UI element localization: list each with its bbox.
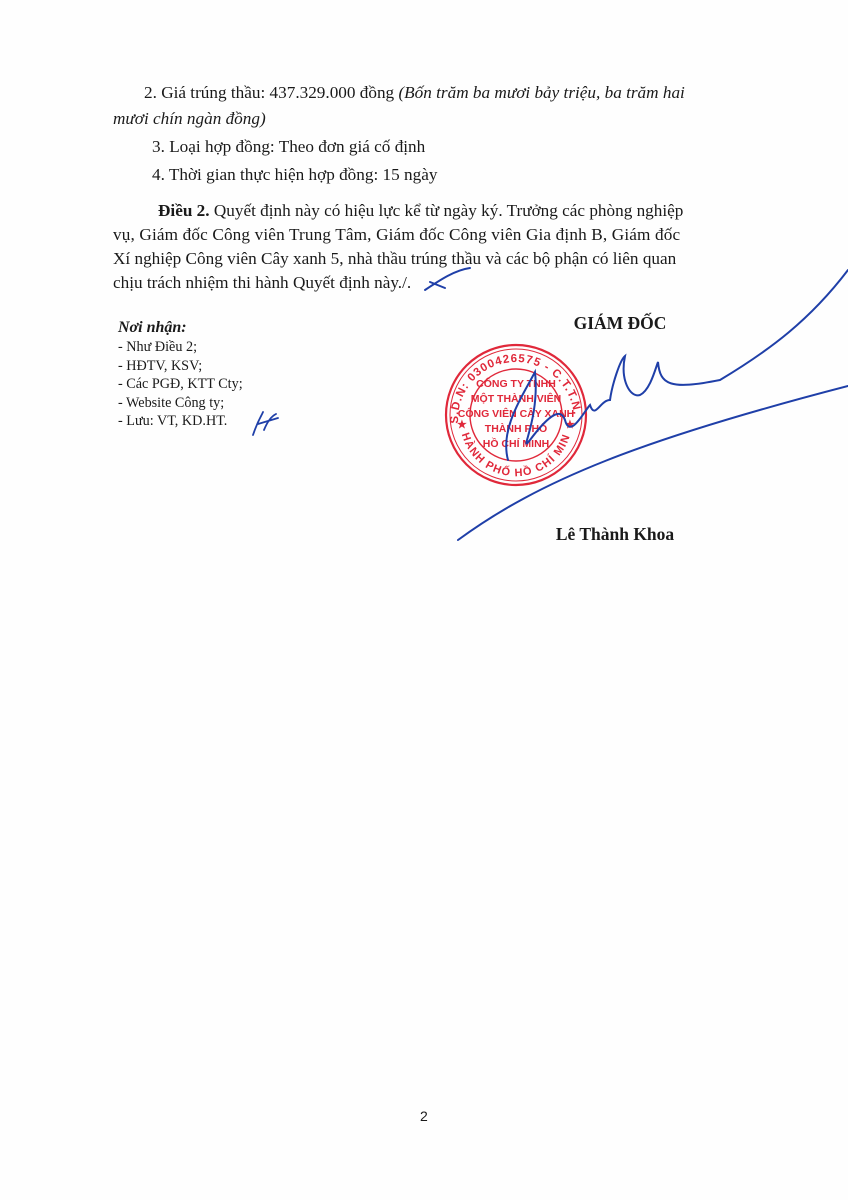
article-2-line-1: Điều 2. Quyết định này có hiệu lực kể từ… bbox=[158, 198, 683, 224]
document-page: 2. Giá trúng thầu: 437.329.000 đồng (Bốn… bbox=[0, 0, 848, 1200]
recipients-block: Nơi nhận: - Như Điều 2; - HĐTV, KSV; - C… bbox=[118, 318, 243, 431]
svg-text:CÔNG VIÊN CÂY XANH: CÔNG VIÊN CÂY XANH bbox=[458, 407, 575, 420]
recipient-item: - Lưu: VT, KD.HT. bbox=[118, 412, 243, 431]
signatory-title: GIÁM ĐỐC bbox=[510, 313, 730, 334]
recipient-item: - Các PGĐ, KTT Cty; bbox=[118, 375, 243, 394]
article-2-text: Quyết định này có hiệu lực kể từ ngày ký… bbox=[210, 201, 684, 220]
svg-text:★: ★ bbox=[457, 419, 467, 431]
svg-text:MỘT THÀNH VIÊN: MỘT THÀNH VIÊN bbox=[471, 392, 561, 405]
price-label: 2. Giá trúng thầu: 437.329.000 đồng bbox=[144, 83, 398, 102]
item-2-price: 2. Giá trúng thầu: 437.329.000 đồng (Bốn… bbox=[144, 80, 685, 106]
article-2-heading: Điều 2. bbox=[158, 201, 210, 220]
svg-text:CÔNG TY TNHH: CÔNG TY TNHH bbox=[476, 377, 556, 390]
recipient-item: - Website Công ty; bbox=[118, 394, 243, 413]
signatory-name: Lê Thành Khoa bbox=[505, 524, 725, 545]
svg-text:★: ★ bbox=[565, 419, 575, 431]
price-in-words: (Bốn trăm ba mươi bảy triệu, ba trăm hai bbox=[398, 83, 684, 102]
article-2-line-4: chịu trách nhiệm thi hành Quyết định này… bbox=[113, 270, 411, 296]
item-3-contract-type: 3. Loại hợp đồng: Theo đơn giá cố định bbox=[152, 134, 425, 160]
svg-text:HỒ CHÍ MINH: HỒ CHÍ MINH bbox=[483, 437, 550, 450]
recipient-item: - HĐTV, KSV; bbox=[118, 357, 243, 376]
svg-text:THÀNH PHỐ: THÀNH PHỐ bbox=[485, 421, 547, 435]
price-in-words-cont: mươi chín ngàn đồng) bbox=[113, 106, 266, 132]
page-number: 2 bbox=[420, 1108, 428, 1124]
article-2-line-2: vụ, Giám đốc Công viên Trung Tâm, Giám đ… bbox=[113, 222, 761, 248]
recipient-item: - Như Điều 2; bbox=[118, 338, 243, 357]
article-2-line-3: Xí nghiệp Công viên Cây xanh 5, nhà thầu… bbox=[113, 246, 676, 272]
item-4-duration: 4. Thời gian thực hiện hợp đồng: 15 ngày bbox=[152, 162, 437, 188]
recipients-title: Nơi nhận: bbox=[118, 318, 243, 338]
signature-icon bbox=[253, 268, 848, 540]
